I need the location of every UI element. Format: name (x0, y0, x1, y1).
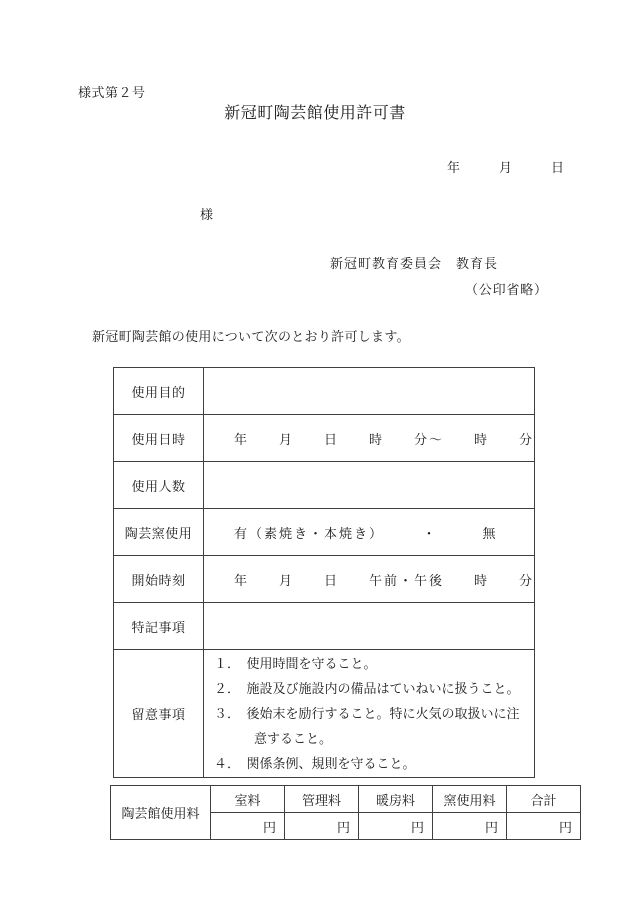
fee-column-heating: 暖房料 (359, 786, 433, 813)
fee-column-management: 管理料 (285, 786, 359, 813)
addressee-honorific: 様 (200, 204, 213, 223)
fee-column-kiln: 窯使用料 (433, 786, 507, 813)
note-line-1: １． 使用時間を守ること。 (204, 651, 534, 676)
permit-document-page: 様式第２号 新冠町陶芸館使用許可書 年 月 日 様 新冠町教育委員会 教育長 （… (0, 0, 630, 903)
value-cell-purpose (204, 368, 535, 415)
table-row: 留意事項 １． 使用時間を守ること。 ２． 施設及び施設内の備品はていねいに扱う… (114, 650, 535, 778)
form-number: 様式第２号 (78, 82, 146, 101)
row-label-datetime: 使用日時 (114, 415, 204, 462)
fee-amount-management: 円 (285, 813, 359, 840)
note-line-2: ２． 施設及び施設内の備品はていねいに扱うこと。 (204, 676, 534, 701)
table-row: 使用日時 年 月 日 時 分～ 時 分 (114, 415, 535, 462)
row-label-kiln-use: 陶芸窯使用 (114, 509, 204, 556)
fee-amount-total: 円 (507, 813, 581, 840)
note-line-3-continued: 意すること。 (204, 726, 534, 751)
page-title: 新冠町陶芸館使用許可書 (0, 100, 630, 123)
fee-column-room: 室料 (211, 786, 285, 813)
intro-text: 新冠町陶芸館の使用について次のとおり許可します。 (92, 326, 410, 345)
issue-date-line: 年 月 日 (447, 157, 564, 176)
value-cell-number-of-users (204, 462, 535, 509)
note-line-3: ３． 後始末を励行すること。特に火気の取扱いに注 (204, 701, 534, 726)
value-cell-kiln-use: 有（素焼き・本焼き） ・ 無 (204, 509, 535, 556)
fee-row-label: 陶芸館使用料 (111, 786, 211, 840)
notes-cell: １． 使用時間を守ること。 ２． 施設及び施設内の備品はていねいに扱うこと。 ３… (204, 650, 535, 778)
row-label-number-of-users: 使用人数 (114, 462, 204, 509)
value-cell-start-time: 年 月 日 午前・午後 時 分 (204, 556, 535, 603)
fee-amount-room: 円 (211, 813, 285, 840)
row-label-purpose: 使用目的 (114, 368, 204, 415)
table-row: 使用目的 (114, 368, 535, 415)
table-row: 陶芸窯使用 有（素焼き・本焼き） ・ 無 (114, 509, 535, 556)
value-cell-special-notes (204, 603, 535, 650)
note-line-4: ４． 関係条例、規則を守ること。 (204, 751, 534, 776)
permit-details-table: 使用目的 使用日時 年 月 日 時 分～ 時 分 使用人数 陶芸窯使用 有（素焼… (113, 367, 535, 778)
table-row: 特記事項 (114, 603, 535, 650)
fee-column-total: 合計 (507, 786, 581, 813)
row-label-special-notes: 特記事項 (114, 603, 204, 650)
fee-amount-heating: 円 (359, 813, 433, 840)
fee-table: 陶芸館使用料 室料 管理料 暖房料 窯使用料 合計 円 円 円 円 円 (110, 785, 581, 840)
table-row: 陶芸館使用料 室料 管理料 暖房料 窯使用料 合計 (111, 786, 581, 813)
fee-amount-kiln: 円 (433, 813, 507, 840)
seal-omitted-note: （公印省略） (465, 279, 548, 298)
table-row: 開始時刻 年 月 日 午前・午後 時 分 (114, 556, 535, 603)
row-label-points-of-note: 留意事項 (114, 650, 204, 778)
table-row: 使用人数 (114, 462, 535, 509)
issuer-line: 新冠町教育委員会 教育長 (330, 253, 498, 272)
value-cell-datetime: 年 月 日 時 分～ 時 分 (204, 415, 535, 462)
row-label-start-time: 開始時刻 (114, 556, 204, 603)
